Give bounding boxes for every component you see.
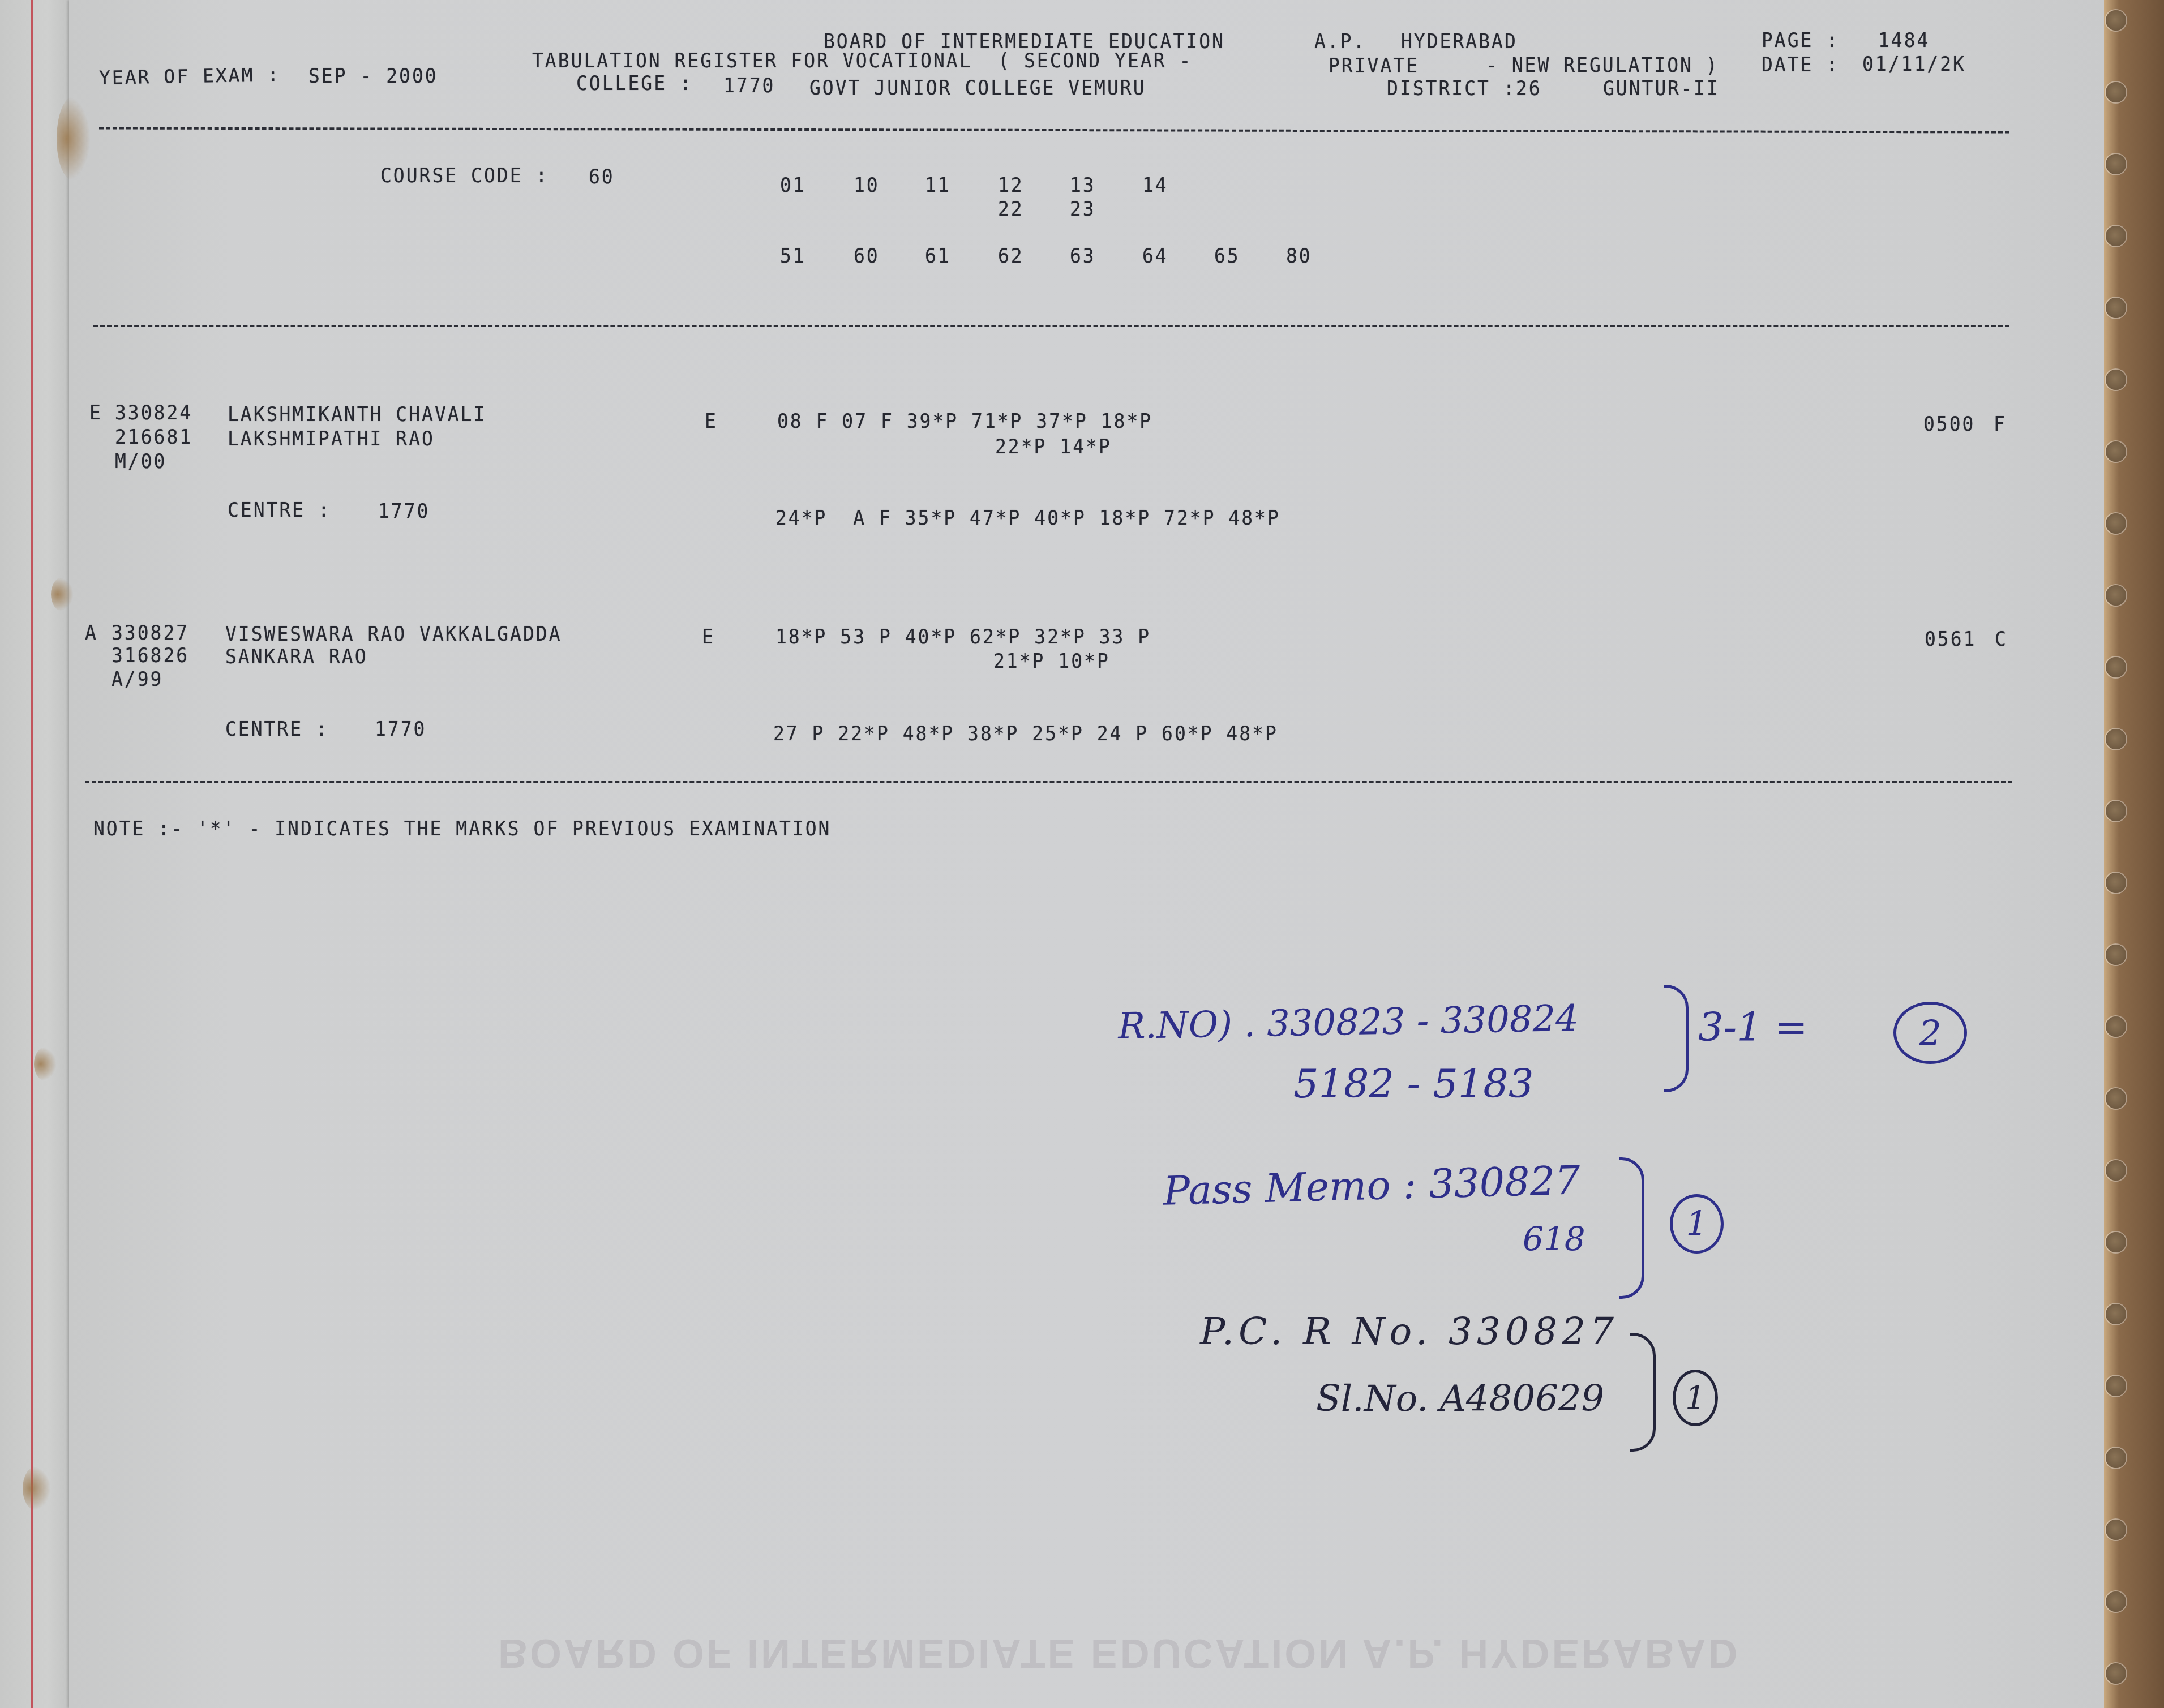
centre-label: CENTRE : [225, 719, 329, 739]
subject-code: 10 [854, 175, 880, 195]
perforation-hole-icon [2106, 513, 2126, 534]
father-name: LAKSHMIPATHI RAO [228, 428, 435, 448]
register-type: PRIVATE [1329, 55, 1419, 75]
hw-roll-range: R.NO) . 330823 - 330824 [1118, 1001, 1579, 1045]
tear-mark [34, 1047, 57, 1081]
centre-label: CENTRE : [228, 500, 331, 520]
father-name: SANKARA RAO [225, 646, 368, 666]
subject-code: 22 [998, 199, 1024, 218]
subject-code: 01 [780, 175, 806, 195]
register-title: TABULATION REGISTER FOR VOCATIONAL ( SEC… [532, 50, 1192, 70]
perforation-hole-icon [2106, 657, 2126, 677]
medium: E [702, 626, 715, 646]
hw-pass-memo-result: 1 [1686, 1204, 1707, 1244]
perforation-hole-icon [2106, 1088, 2126, 1109]
course-code-label: COURSE CODE : [380, 165, 549, 185]
regulation: - NEW REGULATION ) [1486, 55, 1719, 75]
hw-roll-calc: 3-1 = [1698, 1007, 1808, 1047]
marks-row-2: 21*P 10*P [993, 651, 1110, 671]
board-title: BOARD OF INTERMEDIATE EDUCATION [824, 31, 1225, 51]
bleed-through-text: BOARD OF INTERMEDIATE EDUCATION A.P. HYD… [498, 1630, 1739, 1676]
perforation-hole-icon [2106, 226, 2126, 246]
status-flag: A [85, 623, 98, 642]
circled-count: 1 [1670, 1194, 1724, 1254]
hall-ticket-number: 330824 [115, 402, 192, 422]
dashed-divider [93, 325, 2009, 327]
district-label: DISTRICT : [1387, 78, 1516, 98]
perforation-hole-icon [2106, 370, 2126, 390]
subject-code: 64 [1142, 246, 1168, 265]
perforation-hole-icon [2106, 1448, 2126, 1468]
district-code: 26 [1516, 78, 1542, 98]
hw-pc-result: 1 [1685, 1380, 1706, 1417]
stain-mark [57, 96, 91, 181]
brace-icon [1664, 985, 1689, 1092]
marks-row-1: 08 F 07 F 39*P 71*P 37*P 18*P [777, 411, 1152, 431]
tear-mark [23, 1466, 51, 1511]
subject-code: 14 [1142, 175, 1168, 195]
perforation-hole-icon [2106, 1304, 2126, 1324]
subject-code: 51 [780, 246, 806, 265]
subject-code: 13 [1070, 175, 1096, 195]
circled-count: 2 [1893, 1002, 1967, 1064]
college-name: GOVT JUNIOR COLLEGE VEMURU [809, 78, 1146, 97]
subject-code: 11 [925, 175, 951, 195]
medium: E [705, 411, 718, 431]
year-of-exam-value: SEP - 2000 [308, 66, 438, 85]
board-state: A.P. [1314, 31, 1366, 51]
subject-code: 80 [1286, 246, 1312, 265]
tear-mark [51, 577, 74, 611]
perforation-hole-icon [2106, 873, 2126, 893]
red-margin-line [31, 0, 33, 1708]
marks-row-3: 27 P 22*P 48*P 38*P 25*P 24 P 60*P 48*P [773, 723, 1278, 743]
page-number: 1484 [1878, 30, 1930, 50]
underlying-sheet [0, 0, 79, 1708]
perforation-hole-icon [2106, 298, 2126, 318]
course-code-value: 60 [589, 166, 615, 186]
subject-code: 61 [925, 246, 951, 265]
perforation-hole-icon [2106, 1232, 2126, 1252]
date-label: DATE : [1762, 54, 1839, 74]
dashed-divider [85, 781, 2012, 783]
hall-ticket-number: 330827 [112, 623, 189, 642]
student-name: VISWESWARA RAO VAKKALGADDA [225, 624, 562, 643]
subject-code: 60 [854, 246, 880, 265]
perforation-hole-icon [2106, 1376, 2126, 1396]
circled-count: 1 [1673, 1370, 1718, 1426]
perforation-hole-icon [2106, 1591, 2126, 1612]
hw-pc-roll: P.C. R No. 330827 [1200, 1313, 1618, 1350]
subject-code: 63 [1070, 246, 1096, 265]
registration-number: 216681 [115, 427, 192, 447]
total-marks: 0561 [1925, 629, 1976, 649]
brace-icon [1619, 1157, 1644, 1299]
brace-icon [1630, 1333, 1656, 1452]
status-flag: E [89, 402, 102, 422]
marks-row-1: 18*P 53 P 40*P 62*P 32*P 33 P [775, 626, 1151, 646]
previous-exam: M/00 [115, 451, 166, 471]
perforation-hole-icon [2106, 1016, 2126, 1037]
perforation-hole-icon [2106, 154, 2126, 174]
marks-row-3: 24*P A F 35*P 47*P 40*P 18*P 72*P 48*P [775, 508, 1280, 527]
footer-note: NOTE :- '*' - INDICATES THE MARKS OF PRE… [93, 818, 831, 838]
previous-exam: A/99 [112, 669, 163, 689]
district-name: GUNTUR-II [1603, 78, 1720, 98]
perforation-hole-icon [2106, 945, 2126, 965]
perforation-hole-icon [2106, 441, 2126, 462]
date-value: 01/11/2K [1862, 54, 1966, 74]
college-code: 1770 [723, 75, 775, 95]
marks-row-2: 22*P 14*P [995, 436, 1112, 456]
centre-code: 1770 [378, 501, 430, 521]
perforation-hole-icon [2106, 1663, 2126, 1684]
hw-pc-serial: Sl.No. A480629 [1316, 1381, 1604, 1417]
subject-code: 65 [1214, 246, 1240, 265]
perforation-hole-icon [2106, 10, 2126, 31]
subject-code: 62 [998, 246, 1024, 265]
college-label: COLLEGE : [576, 73, 693, 93]
student-name: LAKSHMIKANTH CHAVALI [228, 404, 486, 424]
perforation-hole-icon [2106, 585, 2126, 606]
perforation-hole-icon [2106, 729, 2126, 749]
registration-number: 316826 [112, 645, 189, 665]
perforation-hole-icon [2106, 82, 2126, 102]
hw-pass-memo: Pass Memo : 330827 [1163, 1160, 1580, 1211]
page-label: PAGE : [1762, 30, 1839, 50]
perforation-hole-icon [2106, 1520, 2126, 1540]
hw-roll-result: 2 [1919, 1012, 1941, 1054]
centre-code: 1770 [375, 719, 426, 739]
result-status: C [1995, 629, 2008, 649]
perforation-hole-icon [2106, 1160, 2126, 1181]
result-status: F [1994, 414, 2007, 434]
subject-code: 12 [998, 175, 1024, 195]
year-of-exam-label: YEAR OF EXAM : [99, 65, 281, 87]
subject-code: 23 [1070, 199, 1096, 218]
board-city: HYDERABAD [1401, 31, 1518, 51]
total-marks: 0500 [1923, 414, 1975, 434]
perforation-hole-icon [2106, 801, 2126, 821]
hw-roll-range-serials: 5182 - 5183 [1293, 1064, 1533, 1104]
hw-pass-memo-serial: 618 [1523, 1222, 1585, 1255]
